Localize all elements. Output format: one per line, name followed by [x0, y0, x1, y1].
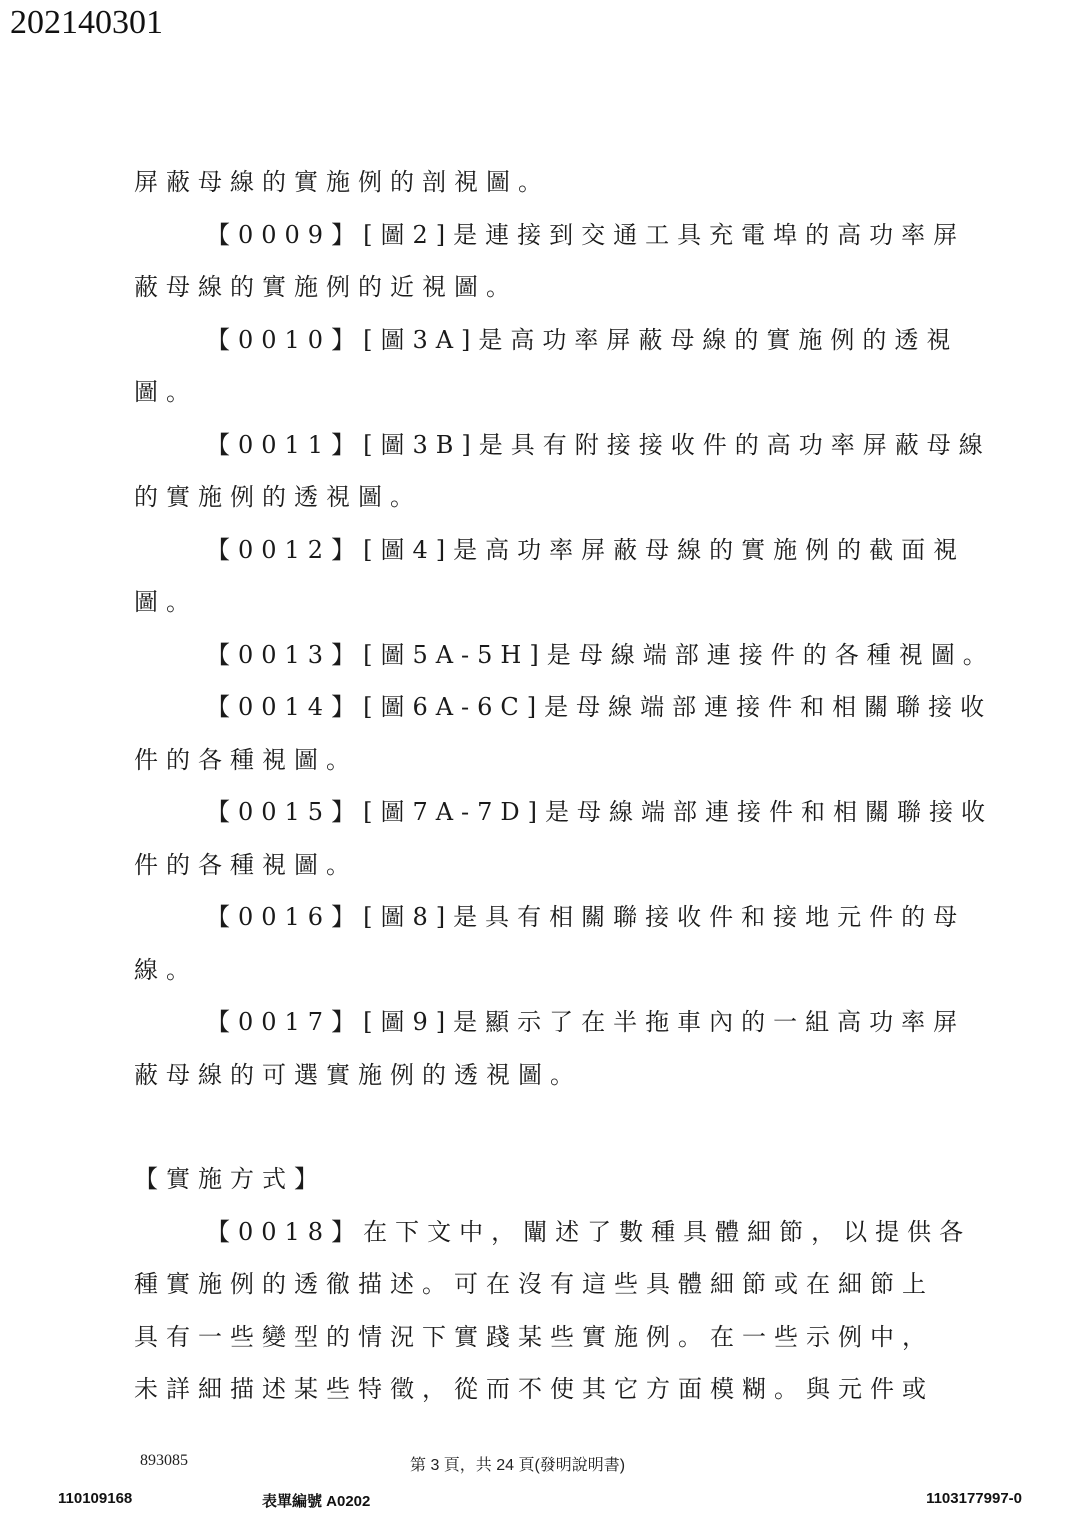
text-line: 屏蔽母線的實施例的剖視圖。: [134, 156, 950, 209]
text-line: 圖。: [134, 366, 950, 419]
document-body: 屏蔽母線的實施例的剖視圖。 【0009】[圖2]是連接到交通工具充電埠的高功率屏…: [134, 156, 950, 1416]
text-line: 蔽母線的可選實施例的透視圖。: [134, 1049, 950, 1102]
paragraph-0016: 【0016】[圖8]是具有相關聯接收件和接地元件的母: [134, 891, 950, 944]
section-heading: 【實施方式】: [134, 1153, 950, 1206]
paragraph-0009: 【0009】[圖2]是連接到交通工具充電埠的高功率屏: [134, 209, 950, 262]
footer-code: 893085: [140, 1452, 188, 1470]
paragraph-0017: 【0017】[圖9]是顯示了在半拖車內的一組高功率屏: [134, 996, 950, 1049]
footer-form-number: 表單編號 A0202: [262, 1490, 370, 1511]
text-line: 的實施例的透視圖。: [134, 471, 950, 524]
paragraph-0015: 【0015】[圖7A-7D]是母線端部連接件和相關聯接收: [134, 786, 950, 839]
paragraph-0018: 【0018】在下文中，闡述了數種具體細節，以提供各: [134, 1206, 950, 1259]
paragraph-0014: 【0014】[圖6A-6C]是母線端部連接件和相關聯接收: [134, 681, 950, 734]
text-line: 具有一些變型的情況下實踐某些實施例。在一些示例中，: [134, 1311, 950, 1364]
section-gap: [134, 1101, 950, 1153]
paragraph-0010: 【0010】[圖3A]是高功率屏蔽母線的實施例的透視: [134, 314, 950, 367]
paragraph-0011: 【0011】[圖3B]是具有附接接收件的高功率屏蔽母線: [134, 419, 950, 472]
paragraph-0013: 【0013】[圖5A-5H]是母線端部連接件的各種視圖。: [134, 629, 950, 682]
text-line: 件的各種視圖。: [134, 839, 950, 892]
text-line: 件的各種視圖。: [134, 734, 950, 787]
text-line: 未詳細描述某些特徵，從而不使其它方面模糊。與元件或: [134, 1363, 950, 1416]
footer-page-info: 第 3 頁，共 24 頁(發明說明書): [410, 1452, 625, 1475]
footer-left-number: 110109168: [58, 1490, 132, 1507]
paragraph-0012: 【0012】[圖4]是高功率屏蔽母線的實施例的截面視: [134, 524, 950, 577]
text-line: 圖。: [134, 576, 950, 629]
text-line: 蔽母線的實施例的近視圖。: [134, 261, 950, 314]
footer-right-number: 1103177997-0: [926, 1490, 1022, 1507]
text-line: 種實施例的透徹描述。可在沒有這些具體細節或在細節上: [134, 1258, 950, 1311]
text-line: 線。: [134, 944, 950, 997]
document-number: 202140301: [10, 4, 163, 42]
